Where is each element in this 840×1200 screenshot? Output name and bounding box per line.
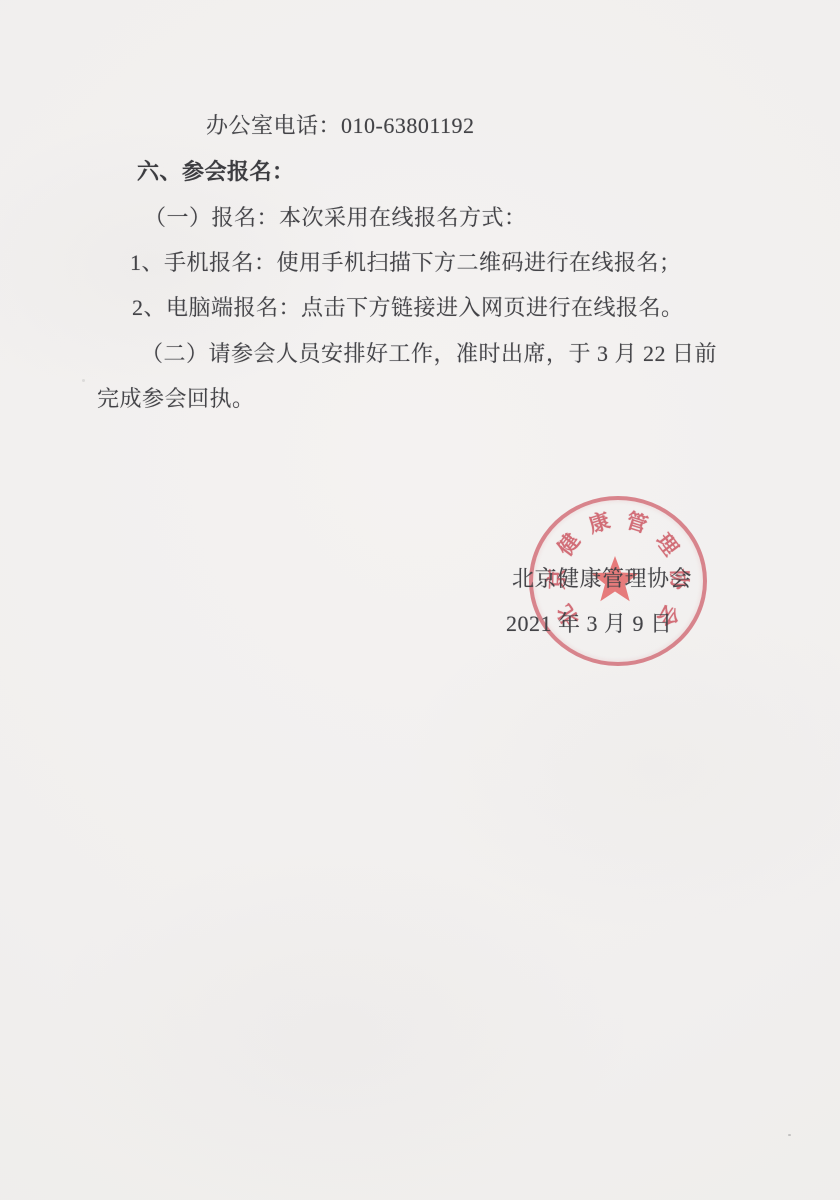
heading-section-six: 六、参会报名：: [137, 158, 295, 186]
line-mobile-registration: 1、手机报名：使用手机扫描下方二维码进行在线报名；: [130, 249, 682, 277]
line-attendance-note-cont: 完成参会回执。: [97, 385, 255, 413]
text-layer: 办公室电话：010-63801192 六、参会报名： （一）报名：本次采用在线报…: [0, 0, 840, 1200]
line-registration-intro: （一）报名：本次采用在线报名方式：: [144, 204, 527, 232]
signature-organization: 北京健康管理协会: [512, 565, 692, 593]
signature-date: 2021 年 3 月 9 日: [506, 610, 673, 638]
line-attendance-note: （二）请参会人员安排好工作，准时出席，于 3 月 22 日前: [141, 340, 717, 368]
line-office-phone: 办公室电话：010-63801192: [206, 112, 475, 140]
scanned-document-page: 北京健康管理协会 办公室电话：010-63801192 六、参会报名： （一）报…: [0, 0, 840, 1200]
line-pc-registration: 2、电脑端报名：点击下方链接进入网页进行在线报名。: [132, 294, 684, 322]
